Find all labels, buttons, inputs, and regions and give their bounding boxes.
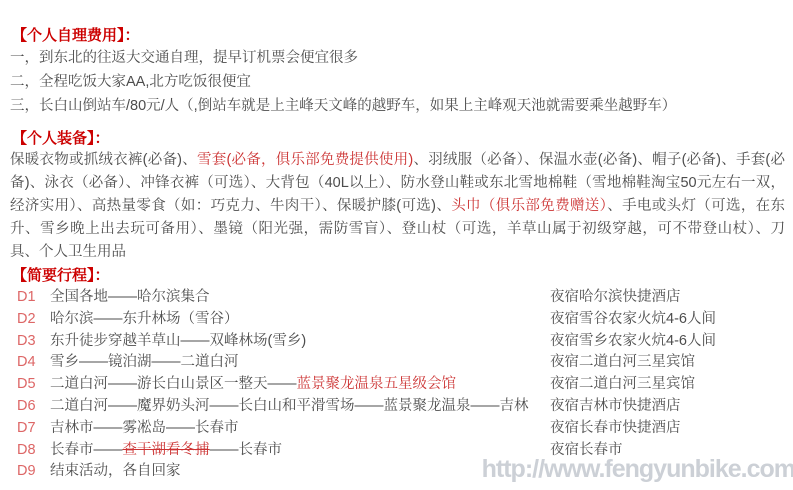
equipment-paragraph: 保暖衣物或抓绒衣裤(必备)、雪套(必备，俱乐部免费提供使用)、羽绒服（必备）、保… [10,149,785,264]
day-description: 吉林市——雾凇岛——长春市 [50,418,239,440]
itinerary-table: D1 全国各地——哈尔滨集合 夜宿哈尔滨快捷酒店 D2 哈尔滨——东升林场（雪谷… [10,287,785,483]
itinerary-row-d6: D6 二道白河——魔界奶头河——长白山和平滑雪场——蓝景聚龙温泉——吉林 夜宿吉… [10,396,785,418]
site-watermark: http://www.fengyunbike.com [482,455,793,484]
day-description-cancelled: 查干湖看冬捕 [123,442,210,458]
day-label: D1 [17,287,50,309]
itinerary-row-d4: D4 雪乡——镜泊湖——二道白河 夜宿二道白河三星宾馆 [10,352,785,374]
day-description-highlight: 蓝景聚龙温泉五星级会馆 [297,376,457,392]
self-pay-item-1: 一，到东北的往返大交通自理，提早订机票会便宜很多 [10,46,785,70]
day-label: D5 [17,374,50,396]
accommodation-label: 夜宿二道白河三星宾馆 [550,374,695,396]
accommodation-label: 夜宿长春市快捷酒店 [550,418,681,440]
day-description: 二道白河——游长白山景区一整天——蓝景聚龙温泉五星级会馆 [50,374,456,396]
day-label: D2 [17,309,50,331]
section-heading-self-pay: 【个人自理费用】： [12,27,785,44]
accommodation-label: 夜宿雪乡农家火炕4-6人间 [550,331,716,353]
day-description: 结束活动，各自回家 [50,461,181,483]
day-label: D6 [17,396,50,418]
day-label: D3 [17,331,50,353]
day-description-segment: 二道白河——游长白山景区一整天—— [50,376,297,392]
day-description-segment: ——长春市 [210,442,283,458]
accommodation-label: 夜宿雪谷农家火炕4-6人间 [550,309,716,331]
day-description: 雪乡——镜泊湖——二道白河 [50,352,239,374]
self-pay-item-2: 二，全程吃饭大家AA,北方吃饭很便宜 [10,70,785,94]
self-pay-list: 一，到东北的往返大交通自理，提早订机票会便宜很多 二，全程吃饭大家AA,北方吃饭… [10,46,785,118]
accommodation-label: 夜宿吉林市快捷酒店 [550,396,681,418]
accommodation-label: 夜宿哈尔滨快捷酒店 [550,287,681,309]
day-description: 全国各地——哈尔滨集合 [50,287,210,309]
day-label: D8 [17,440,50,462]
day-description: 哈尔滨——东升林场（雪谷） [50,309,239,331]
day-description: 二道白河——魔界奶头河——长白山和平滑雪场——蓝景聚龙温泉——吉林 [50,396,529,418]
itinerary-row-d2: D2 哈尔滨——东升林场（雪谷） 夜宿雪谷农家火炕4-6人间 [10,309,785,331]
day-description-segment: 长春市—— [50,442,123,458]
day-label: D9 [17,461,50,483]
itinerary-row-d7: D7 吉林市——雾凇岛——长春市 夜宿长春市快捷酒店 [10,418,785,440]
day-label: D4 [17,352,50,374]
itinerary-row-d1: D1 全国各地——哈尔滨集合 夜宿哈尔滨快捷酒店 [10,287,785,309]
day-label: D7 [17,418,50,440]
day-description: 长春市——查干湖看冬捕——长春市 [50,440,282,462]
itinerary-row-d3: D3 东升徒步穿越羊草山——双峰林场(雪乡) 夜宿雪乡农家火炕4-6人间 [10,331,785,353]
equipment-highlight-headscarf: 头巾（俱乐部免费赠送） [451,198,607,214]
equipment-text-segment: 保暖衣物或抓绒衣裤(必备)、 [10,152,197,168]
self-pay-item-3: 三，长白山倒站车/80元/人（,倒站车就是上主峰天文峰的越野车，如果上主峰观天池… [10,94,785,118]
section-heading-equipment: 【个人装备】： [12,130,785,147]
itinerary-document: 【个人自理费用】： 一，到东北的往返大交通自理，提早订机票会便宜很多 二，全程吃… [0,0,793,483]
accommodation-label: 夜宿二道白河三星宾馆 [550,352,695,374]
equipment-highlight-snow-gaiters: 雪套(必备，俱乐部免费提供使用) [197,152,413,168]
day-description: 东升徒步穿越羊草山——双峰林场(雪乡) [50,331,306,353]
section-heading-itinerary: 【简要行程】： [12,267,785,284]
itinerary-row-d5: D5 二道白河——游长白山景区一整天——蓝景聚龙温泉五星级会馆 夜宿二道白河三星… [10,374,785,396]
